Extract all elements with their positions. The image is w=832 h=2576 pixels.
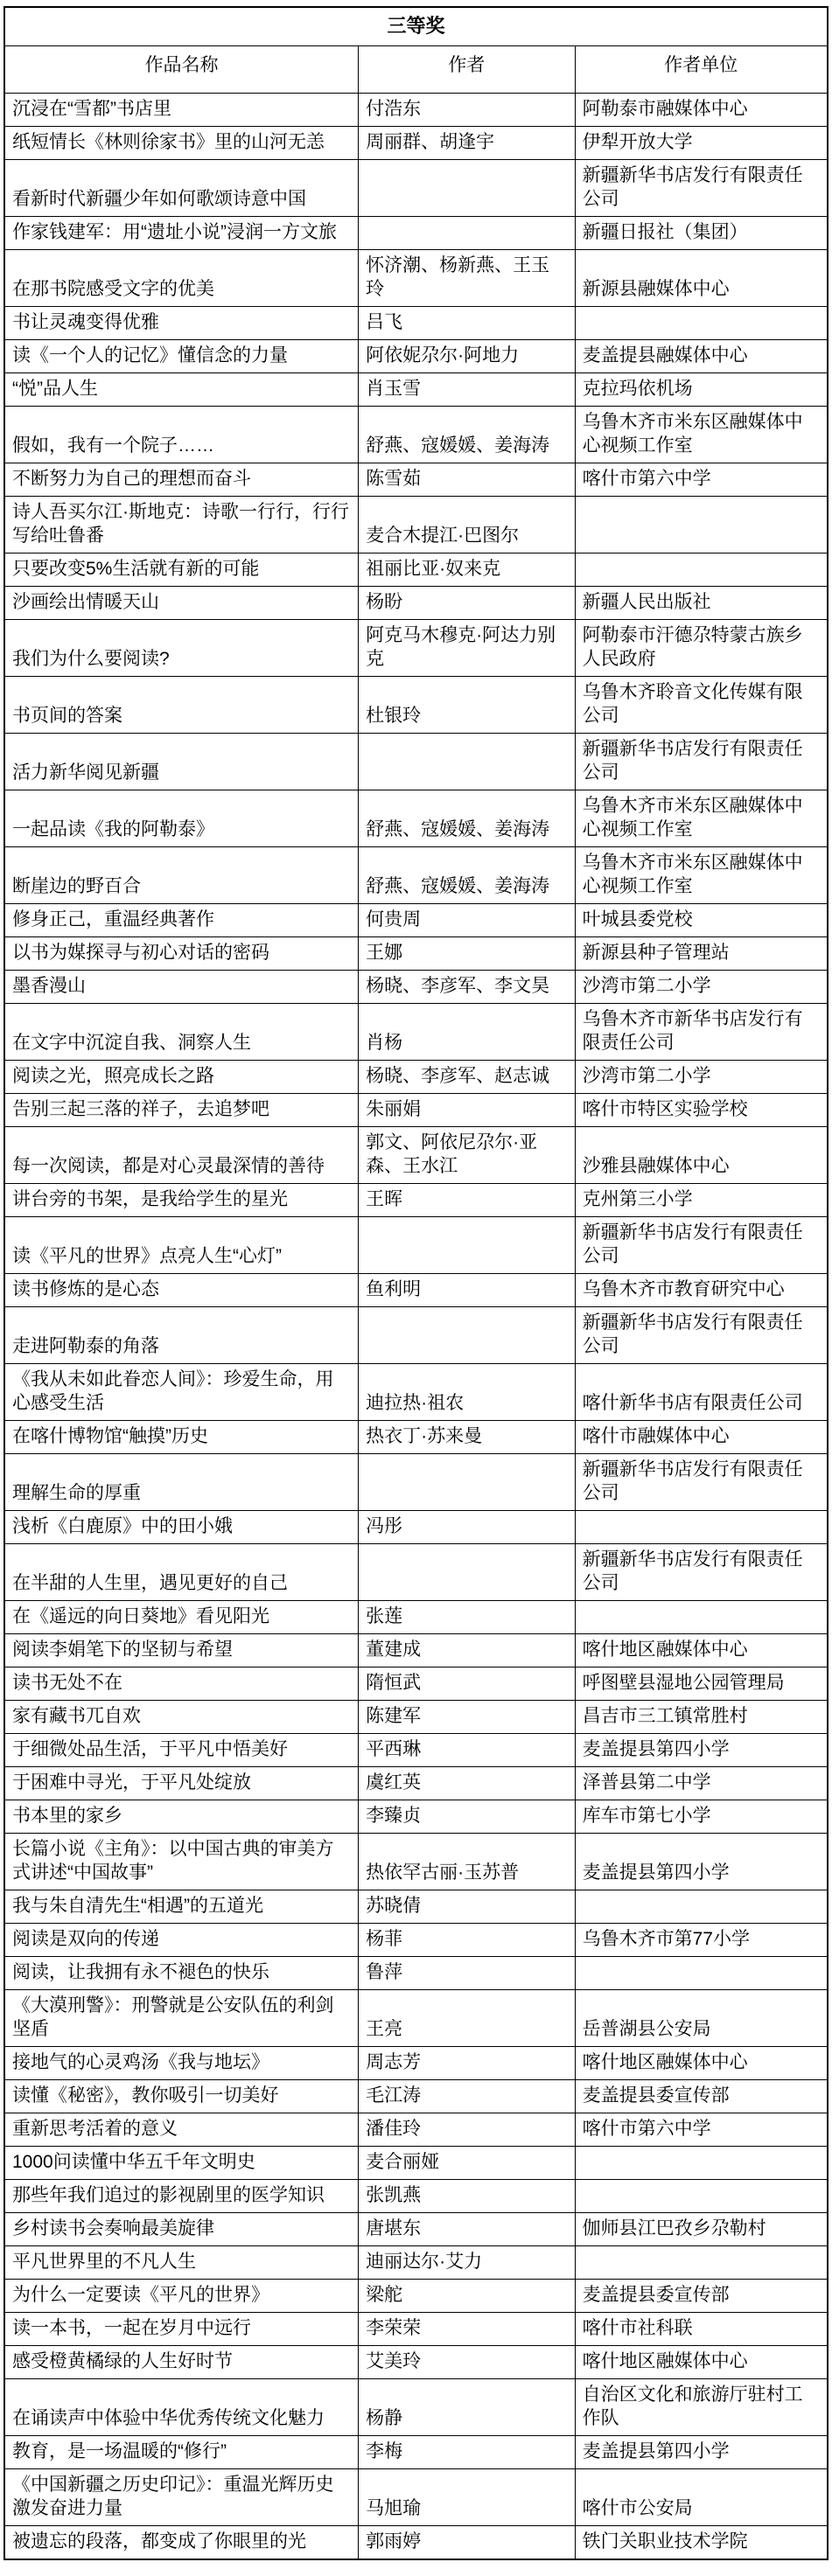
work-title-cell: 在文字中沉淀自我、洞察人生 [4,1004,359,1061]
table-row: 读懂《秘密》，教你吸引一切美好毛江涛麦盖提县委宣传部 [4,2080,828,2113]
table-row: 在文字中沉淀自我、洞察人生肖杨乌鲁木齐市新华书店发行有限责任公司 [4,1004,828,1061]
work-title-cell: 阅读，让我拥有永不褪色的快乐 [4,1957,359,1990]
author-cell [359,160,575,217]
author-cell: 马旭瑜 [359,2469,575,2526]
table-row: 书本里的家乡李臻贞库车市第七小学 [4,1800,828,1834]
author-cell: 迪丽达尔·艾力 [359,2246,575,2280]
author-cell: 吕飞 [359,307,575,340]
table-row: 一起品读《我的阿勒泰》舒燕、寇媛媛、姜海涛乌鲁木齐市米东区融媒体中心视频工作室 [4,790,828,847]
author-cell [359,1217,575,1274]
unit-cell: 麦盖提县第四小学 [575,1734,828,1767]
table-row: 为什么一定要读《平凡的世界》梁舵麦盖提县委宣传部 [4,2280,828,2313]
author-cell: 麦合木提江·巴图尔 [359,497,575,553]
work-title-cell: 长篇小说《主角》：以中国古典的审美方式讲述“中国故事” [4,1834,359,1890]
work-title-cell: 一起品读《我的阿勒泰》 [4,790,359,847]
work-title-cell: 活力新华阅见新疆 [4,734,359,790]
table-row: 假如，我有一个院子……舒燕、寇媛媛、姜海涛乌鲁木齐市米东区融媒体中心视频工作室 [4,407,828,463]
work-title-cell: 讲台旁的书架，是我给学生的星光 [4,1184,359,1217]
table-row: 乡村读书会奏响最美旋律唐堪东伽师县江巴孜乡尕勒村 [4,2213,828,2246]
table-row: 在那书院感受文字的优美怀济潮、杨新燕、王玉玲新源县融媒体中心 [4,250,828,307]
unit-cell: 新疆新华书店发行有限责任公司 [575,734,828,790]
unit-cell: 阿勒泰市汗德尕特蒙古族乡人民政府 [575,620,828,677]
unit-cell: 新疆新华书店发行有限责任公司 [575,160,828,217]
author-cell: 舒燕、寇媛媛、姜海涛 [359,790,575,847]
author-cell: 杨菲 [359,1924,575,1957]
unit-cell: 新疆新华书店发行有限责任公司 [575,1307,828,1364]
table-row: 不断努力为自己的理想而奋斗陈雪茹喀什市第六中学 [4,463,828,497]
table-row: 在诵读声中体验中华优秀传统文化魅力杨静自治区文化和旅游厅驻村工作队 [4,2379,828,2436]
unit-cell [575,553,828,587]
table-title-row: 三等奖 [4,7,828,46]
unit-cell: 喀什地区融媒体中心 [575,2047,828,2080]
table-row: 读书无处不在隋恒武呼图壁县湿地公园管理局 [4,1667,828,1701]
author-cell [359,1544,575,1601]
author-cell: 陈建军 [359,1701,575,1734]
work-title-cell: 阅读李娟笔下的坚韧与希望 [4,1634,359,1667]
author-cell: 董建成 [359,1634,575,1667]
author-cell: 李梅 [359,2436,575,2469]
table-row: 教育，是一场温暖的“修行”李梅麦盖提县第四小学 [4,2436,828,2469]
unit-cell: 麦盖提县委宣传部 [575,2080,828,2113]
unit-cell: 克州第三小学 [575,1184,828,1217]
author-cell: 李臻贞 [359,1800,575,1834]
table-row: 我们为什么要阅读?阿克马木穆克·阿达力别克阿勒泰市汗德尕特蒙古族乡人民政府 [4,620,828,677]
table-row: 在半甜的人生里，遇见更好的自己新疆新华书店发行有限责任公司 [4,1544,828,1601]
work-title-cell: 于细微处品生活，于平凡中悟美好 [4,1734,359,1767]
unit-cell: 自治区文化和旅游厅驻村工作队 [575,2379,828,2436]
work-title-cell: 每一次阅读，都是对心灵最深情的善待 [4,1127,359,1184]
work-title-cell: 感受橙黄橘绿的人生好时节 [4,2346,359,2379]
unit-cell: 麦盖提县第四小学 [575,1834,828,1890]
author-cell: 李荣荣 [359,2313,575,2346]
table-row: 接地气的心灵鸡汤《我与地坛》周志芳喀什地区融媒体中心 [4,2047,828,2080]
table-row: 读书修炼的是心态鱼利明乌鲁木齐市教育研究中心 [4,1274,828,1307]
unit-cell: 乌鲁木齐市米东区融媒体中心视频工作室 [575,847,828,904]
unit-cell: 喀什地区融媒体中心 [575,2346,828,2379]
author-cell: 梁舵 [359,2280,575,2313]
work-title-cell: 家有藏书兀自欢 [4,1701,359,1734]
table-row: 看新时代新疆少年如何歌颂诗意中国新疆新华书店发行有限责任公司 [4,160,828,217]
work-title-cell: 在半甜的人生里，遇见更好的自己 [4,1544,359,1601]
unit-cell: 新疆人民出版社 [575,587,828,620]
author-cell: 鱼利明 [359,1274,575,1307]
work-title-cell: 1000问读懂中华五千年文明史 [4,2147,359,2180]
column-header-author-unit: 作者单位 [575,46,828,94]
unit-cell [575,2147,828,2180]
unit-cell: 乌鲁木齐聆音文化传媒有限公司 [575,677,828,734]
work-title-cell: 平凡世界里的不凡人生 [4,2246,359,2280]
table-row: 于细微处品生活，于平凡中悟美好平西琳麦盖提县第四小学 [4,1734,828,1767]
work-title-cell: 诗人吾买尔江·斯地克：诗歌一行行，行行写给吐鲁番 [4,497,359,553]
unit-cell: 沙雅县融媒体中心 [575,1127,828,1184]
table-row: 沙画绘出情暖天山杨盼新疆人民出版社 [4,587,828,620]
author-cell: 周丽群、胡逢宇 [359,127,575,160]
work-title-cell: 在那书院感受文字的优美 [4,250,359,307]
table-title: 三等奖 [4,7,828,46]
unit-cell [575,2180,828,2213]
table-row: 书让灵魂变得优雅吕飞 [4,307,828,340]
unit-cell: 乌鲁木齐市米东区融媒体中心视频工作室 [575,407,828,463]
author-cell: 张凯燕 [359,2180,575,2213]
unit-cell: 伽师县江巴孜乡尕勒村 [575,2213,828,2246]
unit-cell [575,1890,828,1924]
work-title-cell: 书页间的答案 [4,677,359,734]
table-row: 在《遥远的向日葵地》看见阳光张莲 [4,1601,828,1634]
unit-cell [575,1601,828,1634]
author-cell: 杨晓、李彦军、李文昊 [359,971,575,1004]
author-cell [359,734,575,790]
work-title-cell: 读书无处不在 [4,1667,359,1701]
work-title-cell: 教育，是一场温暖的“修行” [4,2436,359,2469]
table-row: 读《一个人的记忆》懂信念的力量阿依妮尕尔·阿地力麦盖提县融媒体中心 [4,340,828,373]
unit-cell: 沙湾市第二小学 [575,1061,828,1094]
author-cell: 麦合丽娅 [359,2147,575,2180]
work-title-cell: 走进阿勒泰的角落 [4,1307,359,1364]
author-cell: 唐堪东 [359,2213,575,2246]
unit-cell: 喀什市社科联 [575,2313,828,2346]
work-title-cell: 读《平凡的世界》点亮人生“心灯” [4,1217,359,1274]
table-row: 家有藏书兀自欢陈建军昌吉市三工镇常胜村 [4,1701,828,1734]
author-cell: 陈雪茹 [359,463,575,497]
unit-cell: 新疆新华书店发行有限责任公司 [575,1544,828,1601]
unit-cell: 叶城县委党校 [575,904,828,937]
table-row: 在喀什博物馆“触摸”历史热衣丁·苏来曼喀什市融媒体中心 [4,1421,828,1454]
table-row: 断崖边的野百合舒燕、寇媛媛、姜海涛乌鲁木齐市米东区融媒体中心视频工作室 [4,847,828,904]
work-title-cell: 读《一个人的记忆》懂信念的力量 [4,340,359,373]
unit-cell: 新疆新华书店发行有限责任公司 [575,1454,828,1511]
work-title-cell: “悦”品人生 [4,373,359,407]
work-title-cell: 在喀什博物馆“触摸”历史 [4,1421,359,1454]
unit-cell: 新源县融媒体中心 [575,250,828,307]
unit-cell: 岳普湖县公安局 [575,1990,828,2047]
work-title-cell: 我与朱自清先生“相遇”的五道光 [4,1890,359,1924]
table-row: 讲台旁的书架，是我给学生的星光王晖克州第三小学 [4,1184,828,1217]
author-cell: 虞红英 [359,1767,575,1800]
author-cell: 迪拉热·祖农 [359,1364,575,1421]
work-title-cell: 墨香漫山 [4,971,359,1004]
work-title-cell: 被遗忘的段落，都变成了你眼里的光 [4,2526,359,2560]
table-row: 平凡世界里的不凡人生迪丽达尔·艾力 [4,2246,828,2280]
unit-cell: 阿勒泰市融媒体中心 [575,94,828,127]
table-row: 走进阿勒泰的角落新疆新华书店发行有限责任公司 [4,1307,828,1364]
table-row: 《大漠刑警》：刑警就是公安队伍的利剑坚盾王亮岳普湖县公安局 [4,1990,828,2047]
author-cell: 朱丽娟 [359,1094,575,1127]
table-row: 理解生命的厚重新疆新华书店发行有限责任公司 [4,1454,828,1511]
table-row: 1000问读懂中华五千年文明史麦合丽娅 [4,2147,828,2180]
work-title-cell: 阅读是双向的传递 [4,1924,359,1957]
unit-cell: 麦盖提县融媒体中心 [575,340,828,373]
table-row: 只要改变5%生活就有新的可能祖丽比亚·奴来克 [4,553,828,587]
table-row: 墨香漫山杨晓、李彦军、李文昊沙湾市第二小学 [4,971,828,1004]
table-row: 告别三起三落的祥子，去追梦吧朱丽娟喀什市特区实验学校 [4,1094,828,1127]
table-row: 沉浸在“雪都”书店里付浩东阿勒泰市融媒体中心 [4,94,828,127]
author-cell: 苏晓倩 [359,1890,575,1924]
column-header-author: 作者 [359,46,575,94]
unit-cell: 乌鲁木齐市第77小学 [575,1924,828,1957]
table-row: 以书为媒探寻与初心对话的密码王娜新源县种子管理站 [4,937,828,971]
unit-cell [575,1511,828,1544]
author-cell: 平西琳 [359,1734,575,1767]
author-cell: 何贵周 [359,904,575,937]
unit-cell [575,497,828,553]
author-cell: 阿克马木穆克·阿达力别克 [359,620,575,677]
author-cell: 冯彤 [359,1511,575,1544]
author-cell: 热衣丁·苏来曼 [359,1421,575,1454]
work-title-cell: 告别三起三落的祥子，去追梦吧 [4,1094,359,1127]
author-cell: 舒燕、寇媛媛、姜海涛 [359,847,575,904]
table-row: 那些年我们追过的影视剧里的医学知识张凯燕 [4,2180,828,2213]
unit-cell: 乌鲁木齐市米东区融媒体中心视频工作室 [575,790,828,847]
work-title-cell: 《大漠刑警》：刑警就是公安队伍的利剑坚盾 [4,1990,359,2047]
work-title-cell: 《中国新疆之历史印记》：重温光辉历史激发奋进力量 [4,2469,359,2526]
work-title-cell: 我们为什么要阅读? [4,620,359,677]
unit-cell: 乌鲁木齐市教育研究中心 [575,1274,828,1307]
author-cell: 王亮 [359,1990,575,2047]
unit-cell: 库车市第七小学 [575,1800,828,1834]
work-title-cell: 读懂《秘密》，教你吸引一切美好 [4,2080,359,2113]
work-title-cell: 纸短情长《林则徐家书》里的山河无恙 [4,127,359,160]
unit-cell: 喀什地区融媒体中心 [575,1634,828,1667]
work-title-cell: 只要改变5%生活就有新的可能 [4,553,359,587]
work-title-cell: 在《遥远的向日葵地》看见阳光 [4,1601,359,1634]
work-title-cell: 断崖边的野百合 [4,847,359,904]
unit-cell: 喀什新华书店有限责任公司 [575,1364,828,1421]
table-row: 被遗忘的段落，都变成了你眼里的光郭雨婷铁门关职业技术学院 [4,2526,828,2560]
table-row: 浅析《白鹿原》中的田小娥冯彤 [4,1511,828,1544]
unit-cell: 麦盖提县委宣传部 [575,2280,828,2313]
author-cell: 郭文、阿依尼尕尔·亚森、王水江 [359,1127,575,1184]
work-title-cell: 不断努力为自己的理想而奋斗 [4,463,359,497]
work-title-cell: 浅析《白鹿原》中的田小娥 [4,1511,359,1544]
unit-cell: 沙湾市第二小学 [575,971,828,1004]
author-cell: 肖玉雪 [359,373,575,407]
work-title-cell: 看新时代新疆少年如何歌颂诗意中国 [4,160,359,217]
unit-cell [575,307,828,340]
unit-cell: 新疆日报社（集团） [575,217,828,250]
work-title-cell: 阅读之光，照亮成长之路 [4,1061,359,1094]
table-row: 长篇小说《主角》：以中国古典的审美方式讲述“中国故事”热依罕古丽·玉苏普麦盖提县… [4,1834,828,1890]
work-title-cell: 《我从未如此眷恋人间》：珍爱生命，用心感受生活 [4,1364,359,1421]
unit-cell: 喀什市第六中学 [575,463,828,497]
work-title-cell: 那些年我们追过的影视剧里的医学知识 [4,2180,359,2213]
column-header-work-title: 作品名称 [4,46,359,94]
work-title-cell: 在诵读声中体验中华优秀传统文化魅力 [4,2379,359,2436]
author-cell: 杜银玲 [359,677,575,734]
table-row: 书页间的答案杜银玲乌鲁木齐聆音文化传媒有限公司 [4,677,828,734]
unit-cell: 喀什市第六中学 [575,2113,828,2147]
unit-cell: 泽普县第二中学 [575,1767,828,1800]
author-cell: 张莲 [359,1601,575,1634]
author-cell: 怀济潮、杨新燕、王玉玲 [359,250,575,307]
table-row: 诗人吾买尔江·斯地克：诗歌一行行，行行写给吐鲁番麦合木提江·巴图尔 [4,497,828,553]
table-row: 每一次阅读，都是对心灵最深情的善待郭文、阿依尼尕尔·亚森、王水江沙雅县融媒体中心 [4,1127,828,1184]
document-page: 三等奖 作品名称 作者 作者单位 沉浸在“雪都”书店里付浩东阿勒泰市融媒体中心纸… [0,0,832,2576]
table-row: 阅读是双向的传递杨菲乌鲁木齐市第77小学 [4,1924,828,1957]
work-title-cell: 读书修炼的是心态 [4,1274,359,1307]
awards-table: 三等奖 作品名称 作者 作者单位 沉浸在“雪都”书店里付浩东阿勒泰市融媒体中心纸… [3,6,829,2560]
author-cell: 杨盼 [359,587,575,620]
table-row: 阅读之光，照亮成长之路杨晓、李彦军、赵志诚沙湾市第二小学 [4,1061,828,1094]
author-cell: 肖杨 [359,1004,575,1061]
work-title-cell: 沉浸在“雪都”书店里 [4,94,359,127]
author-cell: 隋恒武 [359,1667,575,1701]
table-row: 《我从未如此眷恋人间》：珍爱生命，用心感受生活迪拉热·祖农喀什新华书店有限责任公… [4,1364,828,1421]
table-row: “悦”品人生肖玉雪克拉玛依机场 [4,373,828,407]
work-title-cell: 接地气的心灵鸡汤《我与地坛》 [4,2047,359,2080]
author-cell: 王晖 [359,1184,575,1217]
author-cell: 祖丽比亚·奴来克 [359,553,575,587]
author-cell: 付浩东 [359,94,575,127]
author-cell [359,1307,575,1364]
author-cell: 潘佳玲 [359,2113,575,2147]
author-cell: 王娜 [359,937,575,971]
table-row: 于困难中寻光，于平凡处绽放虞红英泽普县第二中学 [4,1767,828,1800]
author-cell: 舒燕、寇媛媛、姜海涛 [359,407,575,463]
unit-cell: 昌吉市三工镇常胜村 [575,1701,828,1734]
unit-cell: 呼图壁县湿地公园管理局 [575,1667,828,1701]
table-row: 修身正己，重温经典著作何贵周叶城县委党校 [4,904,828,937]
table-row: 读《平凡的世界》点亮人生“心灯”新疆新华书店发行有限责任公司 [4,1217,828,1274]
work-title-cell: 书让灵魂变得优雅 [4,307,359,340]
unit-cell: 新疆新华书店发行有限责任公司 [575,1217,828,1274]
author-cell: 阿依妮尕尔·阿地力 [359,340,575,373]
table-row: 阅读李娟笔下的坚韧与希望董建成喀什地区融媒体中心 [4,1634,828,1667]
work-title-cell: 理解生命的厚重 [4,1454,359,1511]
unit-cell [575,1957,828,1990]
author-cell: 鲁萍 [359,1957,575,1990]
work-title-cell: 修身正己，重温经典著作 [4,904,359,937]
work-title-cell: 为什么一定要读《平凡的世界》 [4,2280,359,2313]
author-cell [359,1454,575,1511]
table-row: 阅读，让我拥有永不褪色的快乐鲁萍 [4,1957,828,1990]
unit-cell: 喀什市公安局 [575,2469,828,2526]
author-cell: 艾美玲 [359,2346,575,2379]
author-cell: 毛江涛 [359,2080,575,2113]
author-cell: 杨晓、李彦军、赵志诚 [359,1061,575,1094]
table-row: 作家钱建军：用“遗址小说”浸润一方文旅新疆日报社（集团） [4,217,828,250]
unit-cell: 喀什市融媒体中心 [575,1421,828,1454]
unit-cell: 新源县种子管理站 [575,937,828,971]
unit-cell: 喀什市特区实验学校 [575,1094,828,1127]
work-title-cell: 沙画绘出情暖天山 [4,587,359,620]
work-title-cell: 乡村读书会奏响最美旋律 [4,2213,359,2246]
author-cell: 郭雨婷 [359,2526,575,2560]
unit-cell: 克拉玛依机场 [575,373,828,407]
unit-cell: 伊犁开放大学 [575,127,828,160]
table-body: 沉浸在“雪都”书店里付浩东阿勒泰市融媒体中心纸短情长《林则徐家书》里的山河无恙周… [4,94,828,2560]
unit-cell: 麦盖提县第四小学 [575,2436,828,2469]
table-row: 重新思考活着的意义潘佳玲喀什市第六中学 [4,2113,828,2147]
table-row: 我与朱自清先生“相遇”的五道光苏晓倩 [4,1890,828,1924]
unit-cell [575,2246,828,2280]
work-title-cell: 于困难中寻光，于平凡处绽放 [4,1767,359,1800]
work-title-cell: 假如，我有一个院子…… [4,407,359,463]
author-cell: 周志芳 [359,2047,575,2080]
table-row: 纸短情长《林则徐家书》里的山河无恙周丽群、胡逢宇伊犁开放大学 [4,127,828,160]
unit-cell: 乌鲁木齐市新华书店发行有限责任公司 [575,1004,828,1061]
table-row: 《中国新疆之历史印记》：重温光辉历史激发奋进力量马旭瑜喀什市公安局 [4,2469,828,2526]
author-cell: 杨静 [359,2379,575,2436]
work-title-cell: 作家钱建军：用“遗址小说”浸润一方文旅 [4,217,359,250]
table-row: 活力新华阅见新疆新疆新华书店发行有限责任公司 [4,734,828,790]
work-title-cell: 书本里的家乡 [4,1800,359,1834]
table-header-row: 作品名称 作者 作者单位 [4,46,828,94]
unit-cell: 铁门关职业技术学院 [575,2526,828,2560]
table-row: 感受橙黄橘绿的人生好时节艾美玲喀什地区融媒体中心 [4,2346,828,2379]
work-title-cell: 重新思考活着的意义 [4,2113,359,2147]
work-title-cell: 读一本书，一起在岁月中远行 [4,2313,359,2346]
work-title-cell: 以书为媒探寻与初心对话的密码 [4,937,359,971]
table-row: 读一本书，一起在岁月中远行李荣荣喀什市社科联 [4,2313,828,2346]
author-cell: 热依罕古丽·玉苏普 [359,1834,575,1890]
author-cell [359,217,575,250]
